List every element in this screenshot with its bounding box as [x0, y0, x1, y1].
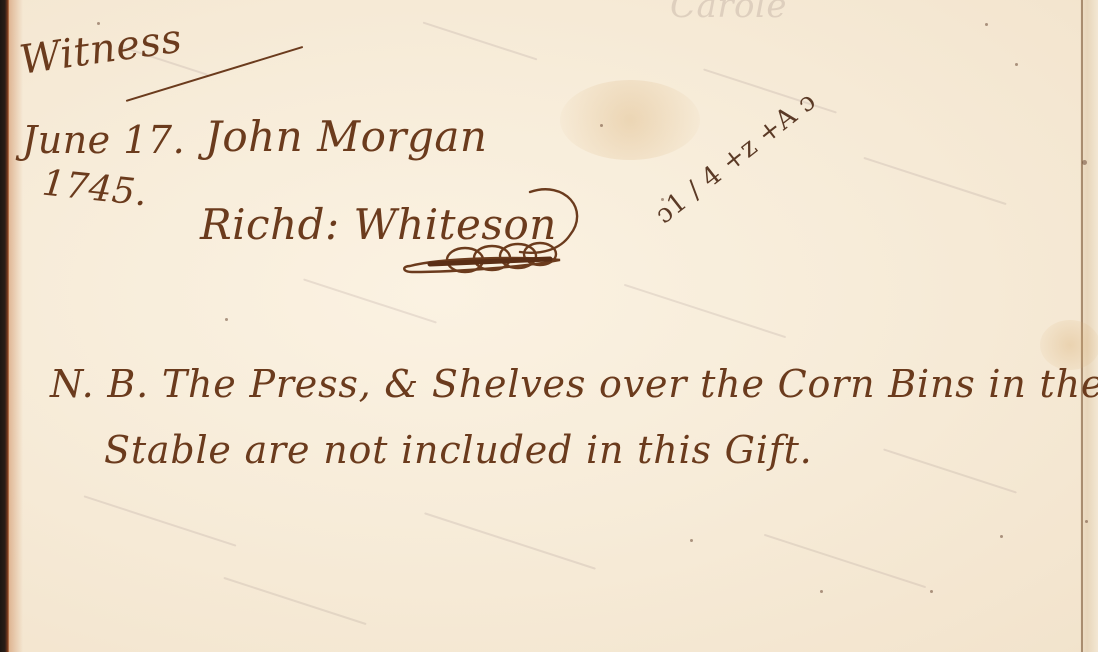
- ink-speck: [600, 124, 603, 127]
- bleed-through-stroke: [863, 157, 1006, 205]
- date-year: 1745.: [40, 163, 149, 215]
- bleed-through-stroke: [423, 22, 538, 61]
- paper-stain: [560, 80, 700, 160]
- book-binding-edge: [0, 0, 9, 652]
- ink-speck: [1015, 63, 1018, 66]
- bleed-through-stroke: [223, 577, 366, 625]
- bleed-through-stroke: [303, 278, 437, 323]
- signature-john-morgan: John Morgan: [205, 112, 487, 161]
- witness-heading: Witness: [17, 16, 185, 84]
- signature-flourish: [400, 180, 590, 280]
- note-line-2: Stable are not included in this Gift.: [104, 428, 813, 472]
- ink-speck: [225, 318, 228, 321]
- ink-speck: [1085, 520, 1088, 523]
- ink-speck: [1000, 535, 1003, 538]
- ink-speck: [985, 23, 988, 26]
- bleed-through-word: Carole: [670, 0, 787, 26]
- manuscript-page: Carole Witness June 17. 1745. John Morga…: [0, 0, 1098, 652]
- date-month-day: June 17.: [22, 118, 185, 162]
- bleed-through-stroke: [883, 448, 1017, 493]
- ink-speck: [1082, 160, 1087, 165]
- bleed-through-stroke: [764, 534, 926, 588]
- ink-speck: [97, 22, 100, 25]
- ink-speck: [930, 590, 933, 593]
- ink-speck: [820, 590, 823, 593]
- bleed-through-stroke: [84, 495, 237, 546]
- note-line-1: N. B. The Press, & Shelves over the Corn…: [50, 362, 1098, 406]
- bleed-through-stroke: [424, 512, 596, 570]
- binding-shadow: [9, 0, 23, 652]
- ink-speck: [690, 539, 693, 542]
- bleed-through-stroke: [624, 284, 786, 338]
